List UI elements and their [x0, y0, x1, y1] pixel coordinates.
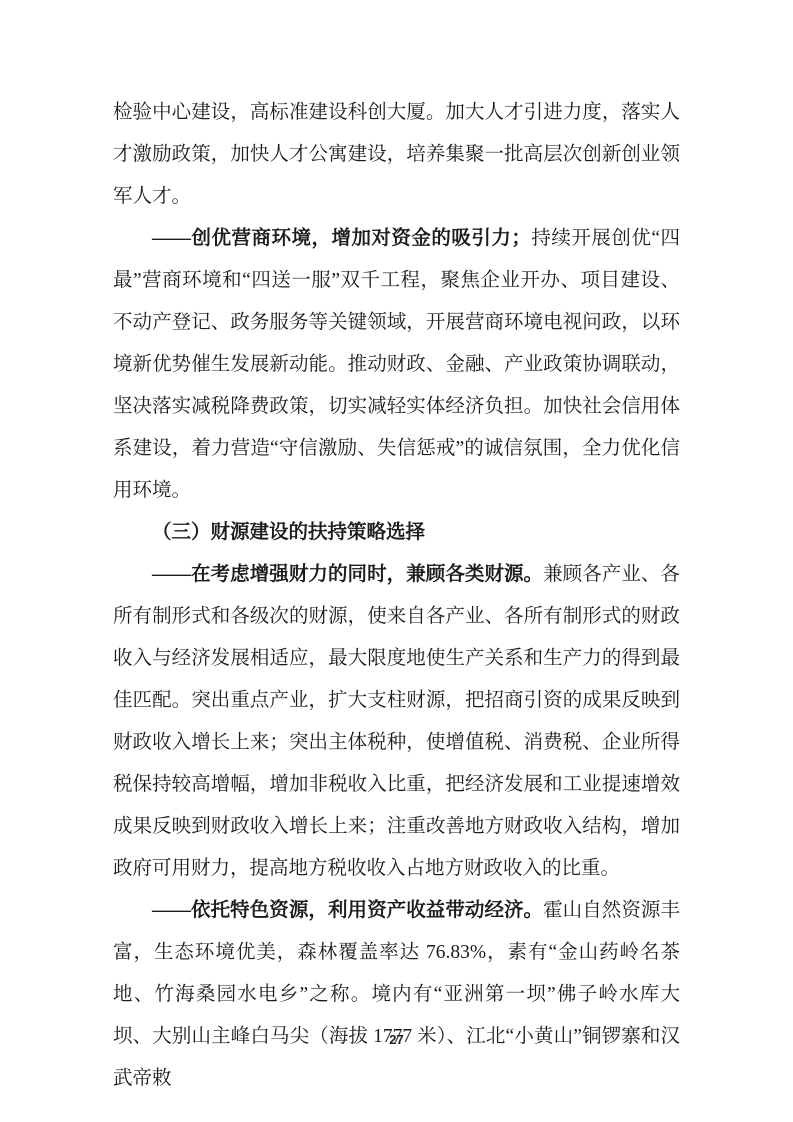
paragraph-lead-bold: ——在考虑增强财力的同时，兼顾各类财源。	[152, 564, 543, 585]
paragraph-fiscal-sources: ——在考虑增强财力的同时，兼顾各类财源。兼顾各产业、各所有制形式和各级次的财源，…	[113, 554, 680, 890]
paragraph-text: 兼顾各产业、各所有制形式和各级次的财源，使来自各产业、各所有制形式的财政收入与经…	[113, 564, 680, 879]
paragraph-continuation: 检验中心建设，高标准建设科创大厦。加大人才引进力度，落实人才激励政策，加快人才公…	[113, 92, 680, 218]
paragraph-text: 持续开展创优“四最”营商环境和“四送一服”双千工程，聚焦企业开办、项目建设、不动…	[113, 228, 680, 501]
document-page: 检验中心建设，高标准建设科创大厦。加大人才引进力度，落实人才激励政策，加快人才公…	[0, 0, 793, 1122]
paragraph-business-environment: ——创优营商环境，增加对资金的吸引力；持续开展创优“四最”营商环境和“四送一服”…	[113, 218, 680, 512]
paragraph-lead-bold: ——创优营商环境，增加对资金的吸引力；	[152, 228, 531, 249]
paragraph-lead-bold: ——依托特色资源，利用资产收益带动经济。	[152, 900, 543, 921]
paragraph-special-resources: ——依托特色资源，利用资产收益带动经济。霍山自然资源丰富，生态环境优美，森林覆盖…	[113, 890, 680, 1100]
section-heading-text: （三）财源建设的扶持策略选择	[152, 522, 425, 543]
section-heading: （三）财源建设的扶持策略选择	[113, 512, 680, 554]
paragraph-text: 霍山自然资源丰富，生态环境优美，森林覆盖率达 76.83%，素有“金山药岭名茶地…	[113, 900, 680, 1089]
page-number: 27	[0, 1032, 793, 1047]
paragraph-text: 检验中心建设，高标准建设科创大厦。加大人才引进力度，落实人才激励政策，加快人才公…	[113, 102, 680, 207]
document-body: 检验中心建设，高标准建设科创大厦。加大人才引进力度，落实人才激励政策，加快人才公…	[113, 92, 680, 1100]
